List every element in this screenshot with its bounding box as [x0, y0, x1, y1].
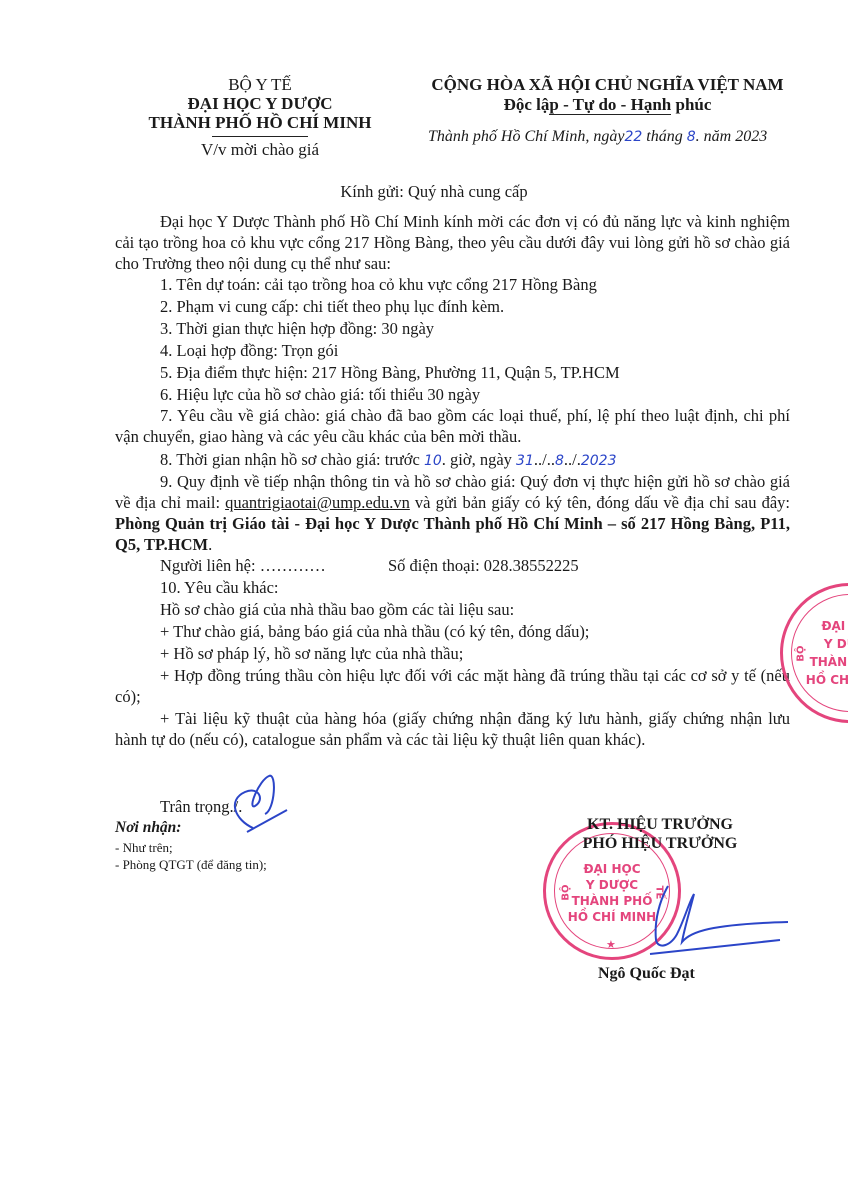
university-name-line1: ĐẠI HỌC Y DƯỢC	[110, 94, 410, 113]
item-8: 8. Thời gian nhận hồ sơ chào giá: trước …	[160, 449, 616, 472]
handwritten-day: 22	[624, 129, 642, 145]
national-motto: Độc lập - Tự do - Hạnh phúc	[415, 95, 800, 115]
date-separator: ../.	[564, 450, 581, 469]
item-4: 4. Loại hợp đồng: Trọn gói	[160, 340, 338, 361]
date-city: Thành phố Hồ Chí Minh, ngày	[428, 128, 624, 145]
item-9-end: .	[208, 535, 212, 554]
recipients: Nơi nhận: - Như trên; - Phòng QTGT (để đ…	[115, 817, 267, 873]
recipients-title: Nơi nhận:	[115, 817, 267, 839]
required-doc-4: + Tài liệu kỹ thuật của hàng hóa (giấy c…	[115, 708, 790, 750]
date-month-label: tháng	[646, 128, 682, 145]
handwritten-hour: 10	[424, 453, 442, 469]
item-3: 3. Thời gian thực hiện hợp đồng: 30 ngày	[160, 318, 434, 339]
stamp-text: ĐẠI HỌC	[783, 618, 848, 634]
mailing-address: Phòng Quản trị Giáo tài - Đại học Y Dược…	[115, 514, 790, 554]
handwritten-deadline-year: 2023	[581, 453, 617, 469]
subject-line: V/v mời chào giá	[110, 140, 410, 159]
intro-paragraph: Đại học Y Dược Thành phố Hồ Chí Minh kín…	[115, 211, 790, 274]
handwritten-deadline-day: 31	[516, 453, 534, 469]
edge-stamp: ĐẠI HỌC Y DƯỢC THÀNH PHỐ HỒ CHÍ MINH BỘ	[780, 583, 848, 723]
required-doc-3: + Hợp đồng trúng thầu còn hiệu lực đối v…	[115, 665, 790, 707]
recipient-item: - Như trên;	[115, 839, 267, 856]
item-2: 2. Phạm vi cung cấp: chi tiết theo phụ l…	[160, 296, 504, 317]
signer-name: Ngô Quốc Đạt	[598, 965, 695, 983]
header-divider	[212, 136, 308, 137]
stamp-side-text: BỘ	[796, 645, 807, 661]
recipient-item: - Phòng QTGT (để đăng tin);	[115, 856, 267, 873]
stamp-side-text: BỘ	[561, 884, 572, 900]
contact-person: Người liên hệ: …………	[160, 555, 326, 576]
motto-underlined: p - Tự do - Hạnh	[549, 95, 671, 115]
salutation: Kính gửi: Quý nhà cung cấp	[0, 182, 848, 202]
issuer-header: BỘ Y TẾ ĐẠI HỌC Y DƯỢC THÀNH PHỐ HỒ CHÍ …	[110, 75, 410, 159]
signature	[620, 880, 790, 960]
handwritten-deadline-month: 8	[555, 453, 564, 469]
item-9-text: và gửi bản giấy có ký tên, đóng dấu về đ…	[410, 493, 790, 512]
item-10-intro: Hồ sơ chào giá của nhà thầu bao gồm các …	[160, 599, 514, 620]
signatory-line1: KT. HIỆU TRƯỞNG	[555, 815, 765, 834]
stamp-star-icon: ★	[606, 938, 616, 951]
item-5: 5. Địa điểm thực hiện: 217 Hồng Bàng, Ph…	[160, 362, 620, 383]
document-date: Thành phố Hồ Chí Minh, ngày22 tháng 8. n…	[428, 128, 767, 146]
handwritten-month: 8	[687, 129, 696, 145]
item-8-label: 8. Thời gian nhận hồ sơ chào giá: trước	[160, 450, 424, 469]
date-year: . năm 2023	[696, 128, 768, 145]
signatory-line2: PHÓ HIỆU TRƯỞNG	[555, 834, 765, 853]
contact-phone: Số điện thoại: 028.38552225	[388, 555, 579, 576]
stamp-text: Y DƯỢC	[783, 636, 848, 652]
item-6: 6. Hiệu lực của hồ sơ chào giá: tối thiể…	[160, 384, 480, 405]
item-8-mid: . giờ, ngày	[442, 450, 516, 469]
university-name-line2: THÀNH PHỐ HỒ CHÍ MINH	[110, 113, 410, 132]
stamp-text: ĐẠI HỌC	[546, 861, 678, 877]
stamp-text: HỒ CHÍ MINH	[783, 672, 848, 688]
item-7: 7. Yêu cầu về giá chào: giá chào đã bao …	[115, 405, 790, 447]
item-9: 9. Quy định về tiếp nhận thông tin và hồ…	[115, 471, 790, 555]
motto-part: Độc lậ	[504, 95, 550, 114]
item-1: 1. Tên dự toán: cải tạo trồng hoa cỏ khu…	[160, 274, 597, 295]
date-separator: ../..	[534, 450, 555, 469]
motto-part: phúc	[671, 95, 711, 114]
item-10-title: 10. Yêu cầu khác:	[160, 577, 279, 598]
ministry-name: BỘ Y TẾ	[110, 75, 410, 94]
national-header: CỘNG HÒA XÃ HỘI CHỦ NGHĨA VIỆT NAM Độc l…	[415, 75, 800, 115]
signatory-title: KT. HIỆU TRƯỞNG PHÓ HIỆU TRƯỞNG	[555, 815, 765, 853]
required-doc-2: + Hồ sơ pháp lý, hồ sơ năng lực của nhà …	[160, 643, 463, 664]
stamp-text: THÀNH PHỐ	[783, 654, 848, 670]
required-doc-1: + Thư chào giá, bảng báo giá của nhà thầ…	[160, 621, 589, 642]
nation-title: CỘNG HÒA XÃ HỘI CHỦ NGHĨA VIỆT NAM	[415, 75, 800, 95]
contact-email-link[interactable]: quantrigiaotai@ump.edu.vn	[225, 493, 410, 512]
